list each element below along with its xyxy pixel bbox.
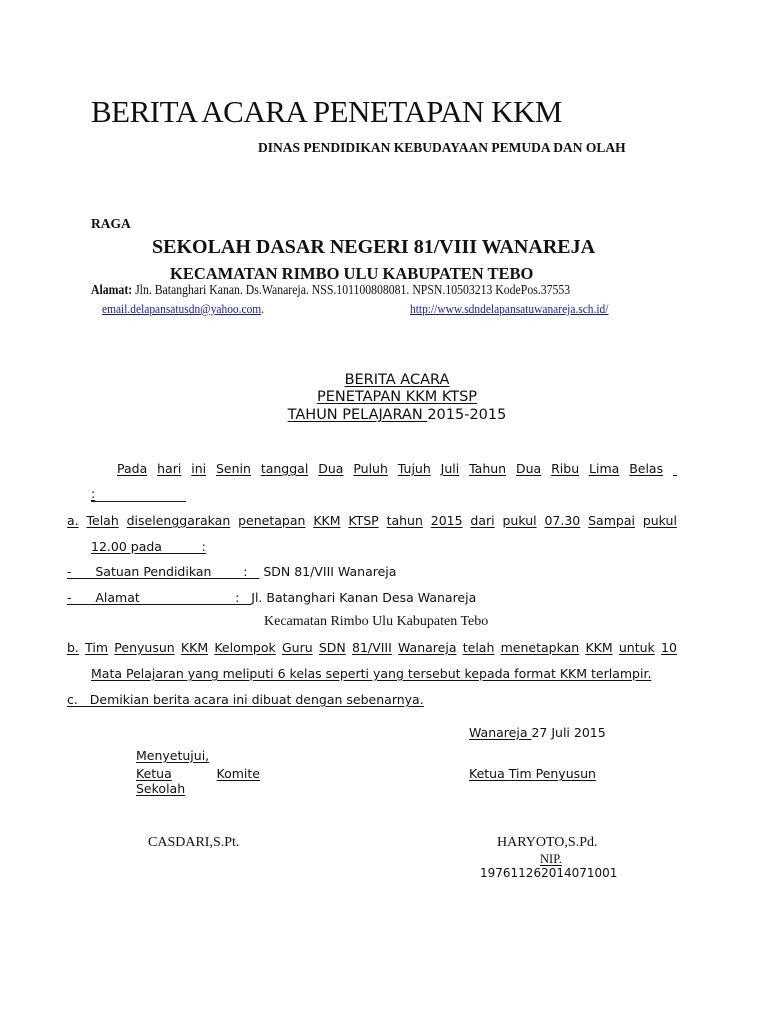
word: Penyusun <box>114 640 174 655</box>
title-text-1: BERITA ACARA <box>345 372 450 388</box>
word: Telah <box>87 513 119 528</box>
nip-label: NIP. <box>540 852 562 867</box>
word: penetapan <box>238 513 305 528</box>
document-title: BERITA ACARA PENETAPAN KKM <box>91 94 562 130</box>
word: Komite <box>217 766 260 781</box>
word: untuk <box>619 640 655 655</box>
raga-line: RAGA <box>91 216 131 232</box>
intro-colon-blank: : <box>91 486 186 502</box>
word: telah <box>463 640 495 655</box>
word: Tahun <box>469 461 506 476</box>
word: pukul <box>643 513 677 528</box>
word: Pada <box>117 461 147 476</box>
item-b-line-2: Mata Pelajaran yang meliputi 6 kelas sep… <box>91 666 651 681</box>
alamat-row: - Alamat : Jl. Batanghari Kanan Desa Wan… <box>67 590 476 605</box>
website-link[interactable]: http://www.sdndelapansatuwanareja.sch.id… <box>410 301 608 317</box>
word: Lima <box>589 461 619 476</box>
title-line-2: PENETAPAN KKM KTSP <box>13 389 768 405</box>
item-a-line-2: 12.00 pada : <box>91 539 206 554</box>
date: 27 Juli 2015 <box>531 725 605 740</box>
word: ini <box>191 461 206 476</box>
alamat-value: Jl. Batanghari Kanan Desa Wanareja <box>251 590 476 605</box>
title-line-1: BERITA ACARA <box>13 372 768 388</box>
word: Ribu <box>551 461 579 476</box>
word: dari <box>470 513 494 528</box>
email-link[interactable]: email.delapansatusdn@yahoo.com <box>102 301 261 316</box>
dinas-line: DINAS PENDIDIKAN KEBUDAYAAN PEMUDA DAN O… <box>258 140 626 156</box>
place: Wanareja <box>469 725 531 740</box>
word: Senin <box>216 461 251 476</box>
word: KKM <box>181 640 208 655</box>
word: Ketua <box>136 766 172 781</box>
title-text-2: PENETAPAN KKM KTSP <box>317 389 477 405</box>
school-name: SEKOLAH DASAR NEGERI 81/VIII WANAREJA <box>152 236 595 259</box>
kecamatan-line: KECAMATAN RIMBO ULU KABUPATEN TEBO <box>170 264 533 284</box>
word: Guru <box>282 640 313 655</box>
address-label: Alamat: <box>91 283 132 298</box>
email-suffix: . <box>261 301 264 316</box>
word <box>673 461 677 476</box>
title-text-3: TAHUN PELAJARAN <box>288 407 428 423</box>
ketua-tim-label: Ketua Tim Penyusun <box>469 766 596 781</box>
item-c: c. Demikian berita acara ini dibuat deng… <box>67 692 424 707</box>
word: tahun <box>387 513 423 528</box>
word: Dua <box>318 461 343 476</box>
word: Tim <box>85 640 108 655</box>
word: Sampai <box>588 513 635 528</box>
word: Tujuh <box>398 461 431 476</box>
ketua-komite-label: KetuaKomite <box>136 766 260 781</box>
left-signatory-name: CASDARI,S.Pt. <box>148 835 239 851</box>
place-date: Wanareja 27 Juli 2015 <box>469 725 606 740</box>
word: a. <box>67 513 79 528</box>
item-b-line-1: b.TimPenyusunKKMKelompokGuruSDN81/VIIIWa… <box>67 640 677 655</box>
word: KKM <box>585 640 612 655</box>
word: SDN <box>319 640 346 655</box>
word: b. <box>67 640 79 655</box>
word: diselenggarakan <box>127 513 231 528</box>
word: tanggal <box>261 461 309 476</box>
alamat-value-2: Kecamatan Rimbo Ulu Kabupaten Tebo <box>264 614 488 630</box>
word: 2015 <box>431 513 463 528</box>
sekolah-label: Sekolah <box>136 781 185 796</box>
satuan-label: - Satuan Pendidikan : <box>67 564 259 579</box>
word: KTSP <box>348 513 378 528</box>
word: hari <box>157 461 181 476</box>
word: 10 <box>661 640 677 655</box>
word: menetapkan <box>501 640 580 655</box>
word: Kelompok <box>214 640 275 655</box>
intro-paragraph: PadahariiniSenintanggalDuaPuluhTujuhJuli… <box>117 461 677 476</box>
word: Juli <box>441 461 460 476</box>
nip-value: 197611262014071001 <box>480 866 617 880</box>
satuan-value: SDN 81/VIII Wanareja <box>259 564 396 579</box>
word: Wanareja <box>398 640 457 655</box>
word: Belas <box>629 461 663 476</box>
word: Dua <box>516 461 541 476</box>
word: pukul <box>503 513 537 528</box>
alamat-label: - Alamat : <box>67 590 251 605</box>
approval-label: Menyetujui, <box>136 748 209 763</box>
satuan-row: - Satuan Pendidikan : SDN 81/VIII Wanare… <box>67 564 396 579</box>
intro-colon: : <box>91 486 95 501</box>
email-line: email.delapansatusdn@yahoo.com. <box>102 301 264 317</box>
address-value: Jln. Batanghari Kanan. Ds.Wanareja. NSS.… <box>132 283 570 298</box>
word: KKM <box>313 513 340 528</box>
address-line: Alamat: Jln. Batanghari Kanan. Ds.Wanare… <box>91 283 570 299</box>
academic-year: 2015-2015 <box>427 407 506 423</box>
title-line-3: TAHUN PELAJARAN 2015-2015 <box>13 407 768 423</box>
right-signatory-name: HARYOTO,S.Pd. <box>497 835 598 851</box>
word: 07.30 <box>544 513 580 528</box>
word: Puluh <box>353 461 388 476</box>
word: 81/VIII <box>352 640 392 655</box>
item-a-line-1: a.TelahdiselenggarakanpenetapanKKMKTSPta… <box>67 513 677 528</box>
